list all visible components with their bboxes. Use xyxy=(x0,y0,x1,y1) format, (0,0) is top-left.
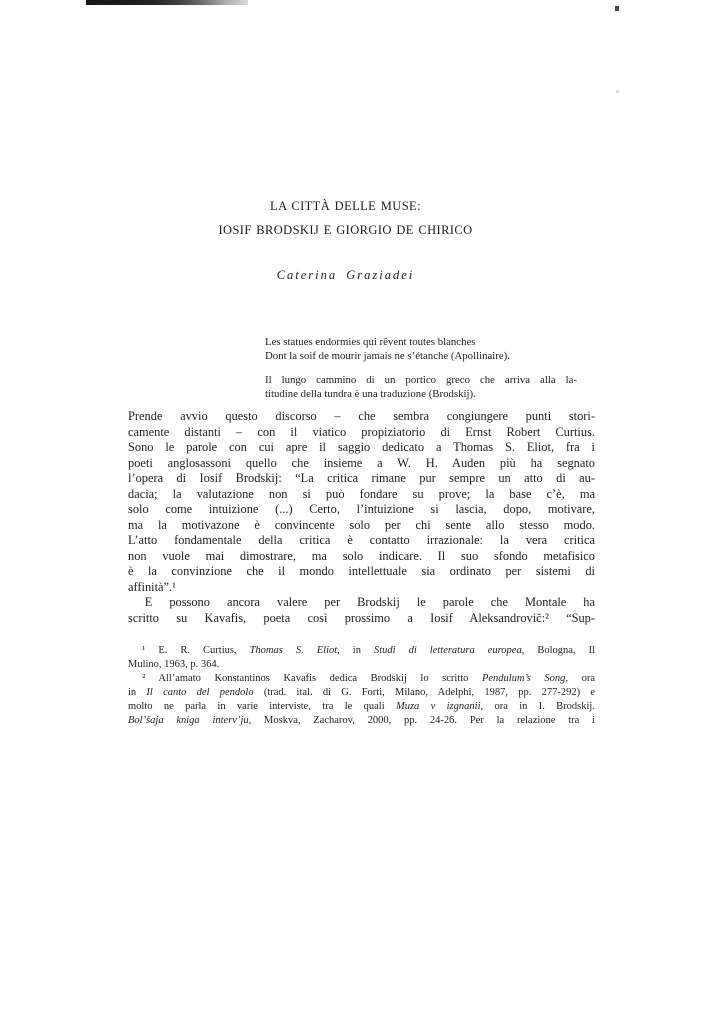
body-text: Prende avvio questo discorso – che sembr… xyxy=(128,409,595,626)
footnote-2: ² All’amato Konstantinos Kavafis dedica … xyxy=(128,672,595,728)
article-title-line-1: LA CITTÀ DELLE MUSE: xyxy=(112,199,579,214)
body-paragraph-1: Prende avvio questo discorso – che sembr… xyxy=(128,409,595,595)
author-name: Caterina Graziadei xyxy=(112,268,579,283)
scan-artifact-top-edge xyxy=(86,0,248,5)
scan-speck-faint xyxy=(616,90,619,93)
epigraph-apollinaire: Les statues endormies qui rêvent toutes … xyxy=(265,336,577,363)
footnotes-block: ¹ E. R. Curtius, Thomas S. Eliot, in Stu… xyxy=(128,644,595,727)
scan-speck xyxy=(615,6,619,11)
body-paragraph-2: E possono ancora valere per Brodskij le … xyxy=(128,595,595,626)
footnote-1: ¹ E. R. Curtius, Thomas S. Eliot, in Stu… xyxy=(128,644,595,672)
article-title-line-2: IOSIF BRODSKIJ E GIORGIO DE CHIRICO xyxy=(112,223,579,238)
epigraph-brodskij: Il lungo cammino di un portico greco che… xyxy=(265,374,577,401)
epigraph-block: Les statues endormies qui rêvent toutes … xyxy=(265,336,577,401)
scanned-paper-page: LA CITTÀ DELLE MUSE: IOSIF BRODSKIJ E GI… xyxy=(0,0,725,1024)
